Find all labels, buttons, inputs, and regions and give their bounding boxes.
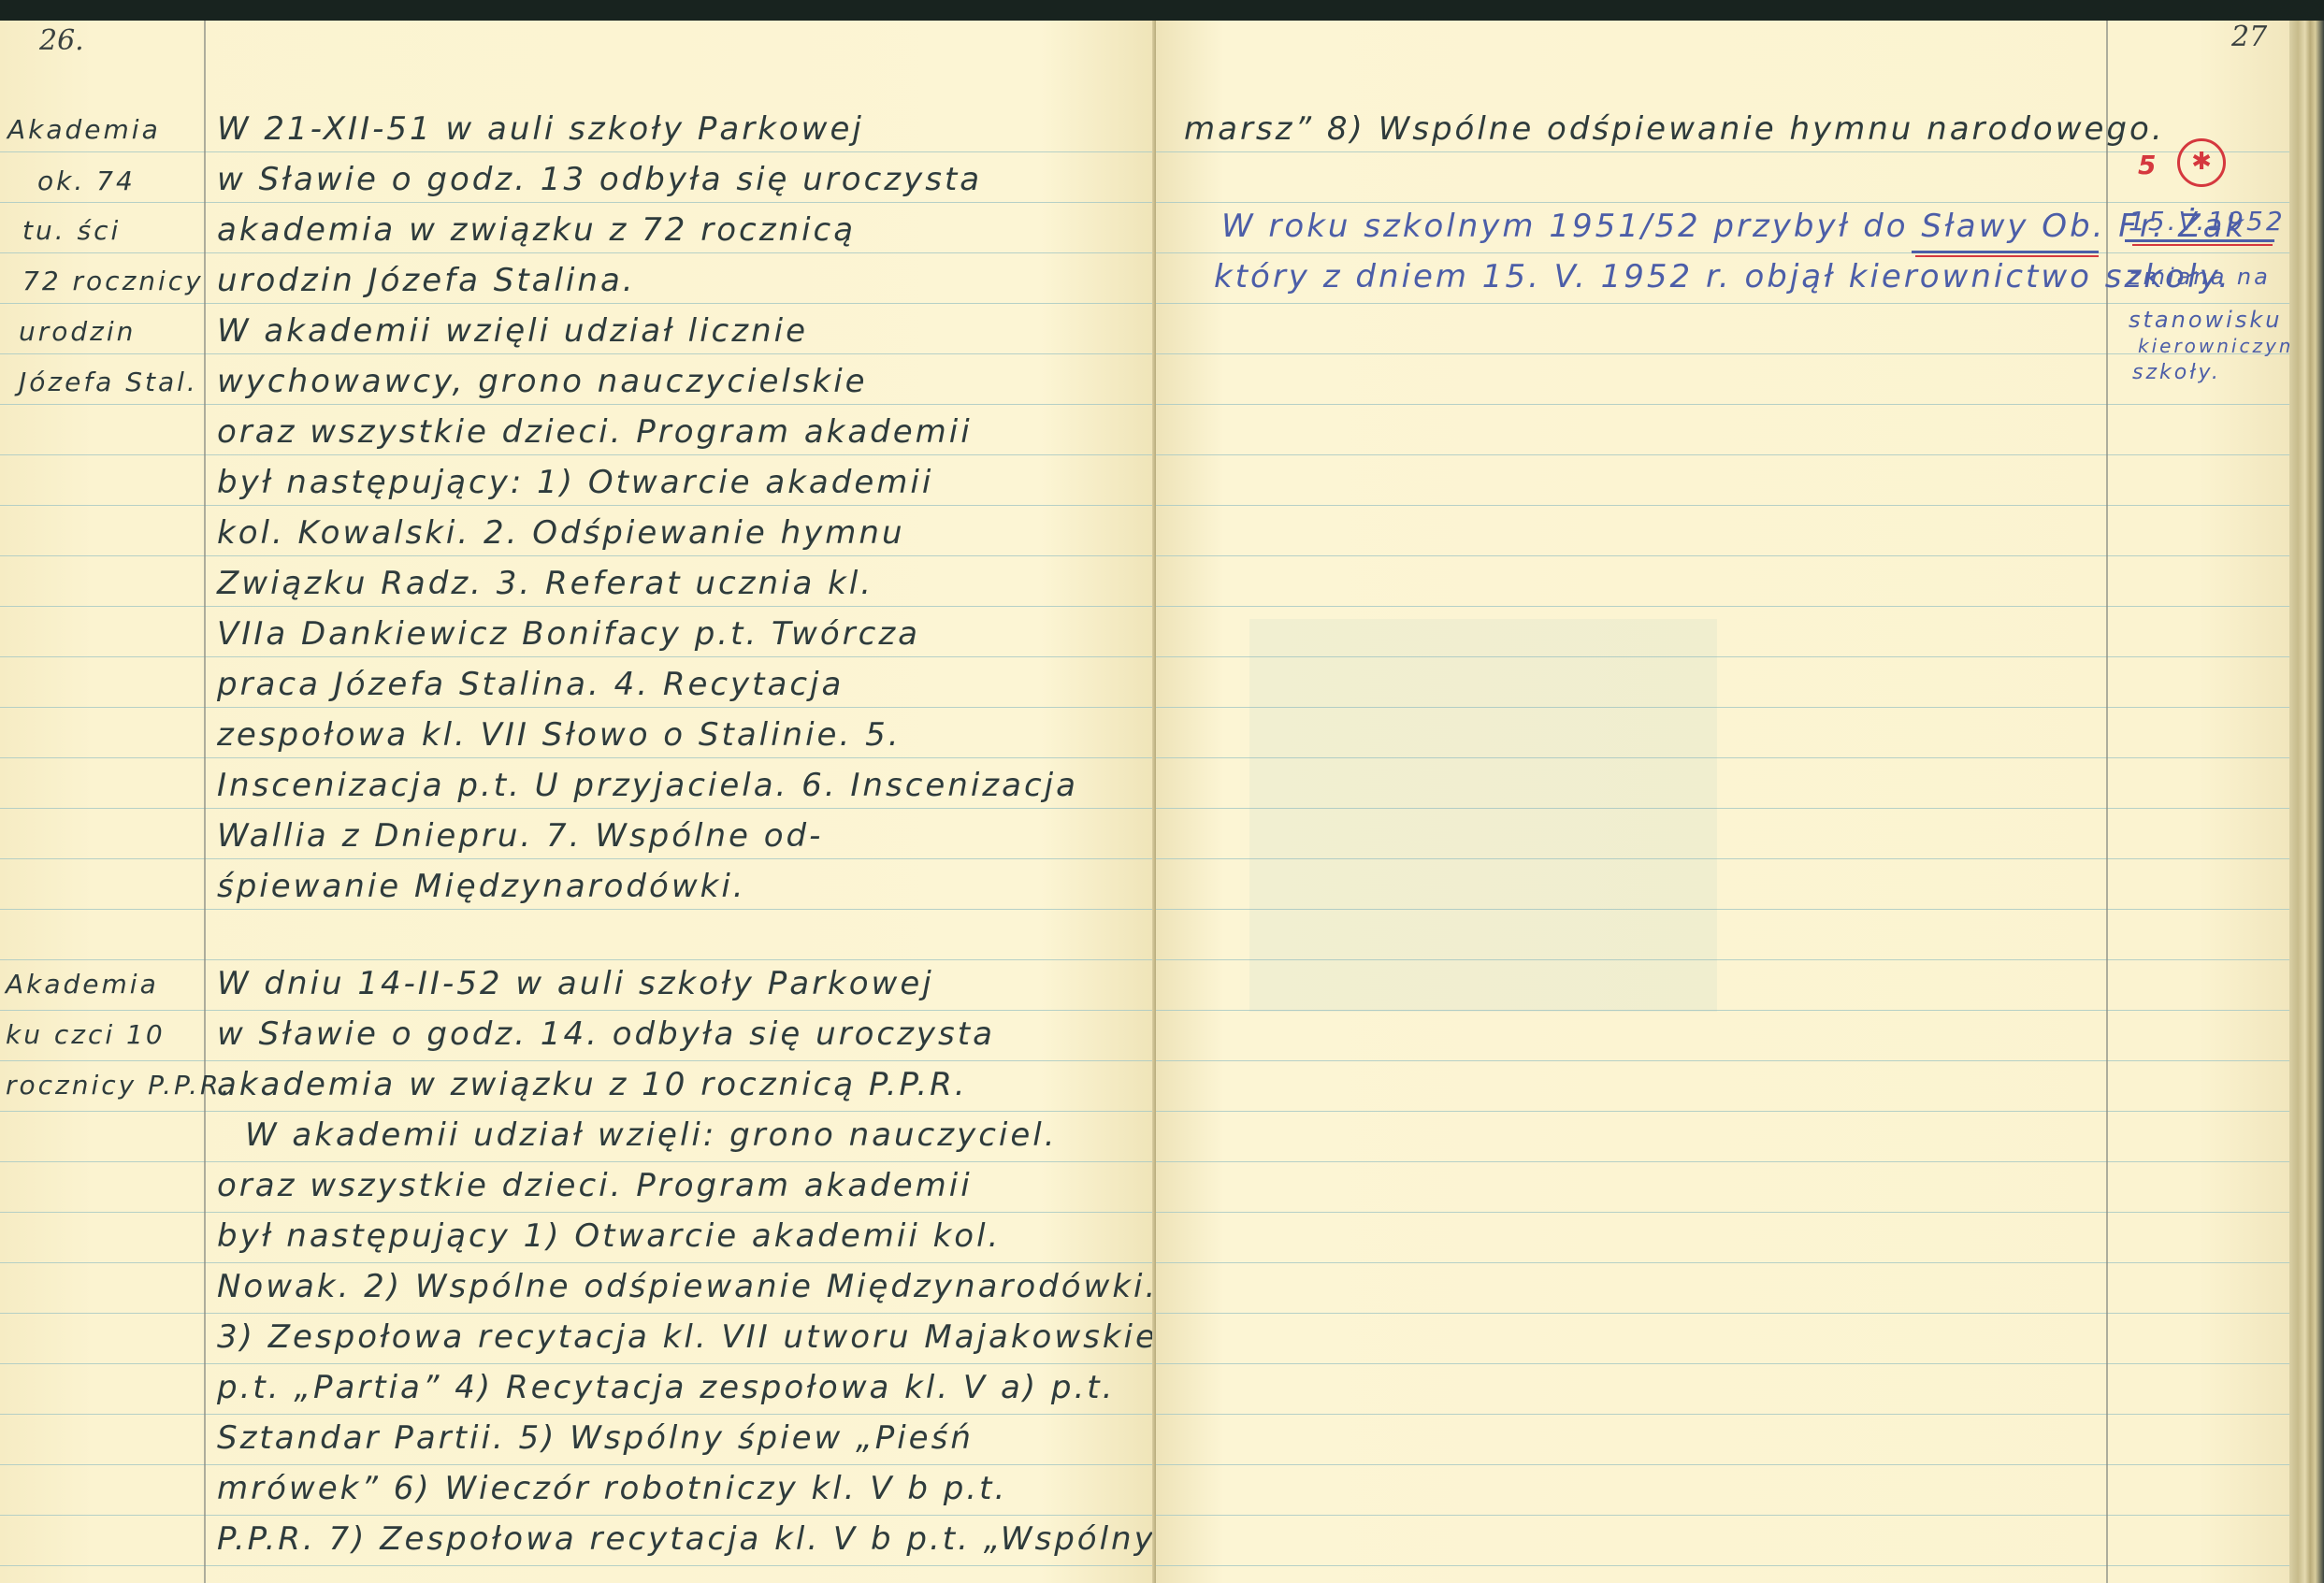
ruled-line bbox=[1156, 1464, 2289, 1465]
annotation-date: 15.V.1952 r. bbox=[2129, 206, 2289, 237]
ruled-line bbox=[0, 454, 1156, 455]
ruled-line bbox=[1156, 505, 2289, 506]
body-line: W 21-XII-51 w auli szkoły Parkowej bbox=[217, 110, 864, 148]
page-number: 26. bbox=[39, 24, 84, 57]
margin-line: ok. 74 bbox=[37, 165, 136, 196]
ruled-line bbox=[1156, 353, 2289, 354]
ruled-line bbox=[1156, 1313, 2289, 1314]
ruled-line bbox=[0, 1262, 1156, 1263]
ruled-line bbox=[0, 757, 1156, 758]
date-underline-blue bbox=[2125, 239, 2274, 242]
left-page: 26. Akademia ok. 74 tu. ści 72 rocznicy … bbox=[0, 21, 1156, 1583]
ruled-line bbox=[1156, 1060, 2289, 1061]
red-circle-stamp-icon: ✱ bbox=[2177, 138, 2226, 187]
ruled-line bbox=[0, 858, 1156, 859]
margin-line: ku czci 10 bbox=[6, 1019, 166, 1050]
body-line: oraz wszystkie dzieci. Program akademii bbox=[217, 413, 973, 451]
body-line: w Sławie o godz. 14. odbyła się uroczyst… bbox=[217, 1015, 995, 1053]
margin-line: Akademia bbox=[7, 114, 161, 145]
annotation-note-line: stanowisku bbox=[2129, 307, 2282, 333]
ruled-line bbox=[1156, 454, 2289, 455]
margin-line: rocznicy P.P.R. bbox=[6, 1070, 232, 1101]
ruled-line bbox=[0, 1212, 1156, 1213]
body-line: śpiewanie Międzynarodówki. bbox=[217, 868, 746, 905]
body-line: Inscenizacja p.t. U przyjaciela. 6. Insc… bbox=[217, 767, 1078, 804]
body-line: Nowak. 2) Wspólne odśpiewanie Międzynaro… bbox=[217, 1268, 1156, 1305]
margin-line: urodzin bbox=[19, 316, 136, 347]
ruled-line bbox=[0, 353, 1156, 354]
ruled-line bbox=[0, 505, 1156, 506]
body-line: Związku Radz. 3. Referat ucznia kl. bbox=[217, 565, 873, 602]
ruled-line bbox=[0, 555, 1156, 556]
ruled-line bbox=[0, 707, 1156, 708]
blue-entry-line: który z dniem 15. V. 1952 r. objął kiero… bbox=[1214, 258, 2231, 295]
body-line: P.P.R. 7) Zespołowa recytacja kl. V b p.… bbox=[217, 1520, 1156, 1558]
ruled-line bbox=[1156, 202, 2289, 203]
margin-rule bbox=[2106, 21, 2108, 1583]
body-line: Sztandar Partii. 5) Wspólny śpiew „Pieśń bbox=[217, 1419, 974, 1457]
page-stack-edge bbox=[2289, 21, 2324, 1583]
ruled-line bbox=[0, 808, 1156, 809]
ink-show-through bbox=[1249, 619, 1717, 1012]
margin-line: Akademia bbox=[6, 969, 159, 1000]
ruled-line bbox=[0, 1111, 1156, 1112]
body-line: mrówek” 6) Wieczór robotniczy kl. V b p.… bbox=[217, 1470, 1007, 1507]
ruled-line bbox=[0, 1515, 1156, 1516]
ruled-line bbox=[1156, 1111, 2289, 1112]
ruled-line bbox=[1156, 151, 2289, 152]
ruled-line bbox=[1156, 252, 2289, 253]
ruled-line bbox=[0, 606, 1156, 607]
blue-entry-line: W roku szkolnym 1951/52 przybył do Sławy… bbox=[1221, 208, 2246, 245]
body-line: akademia w związku z 72 rocznicą bbox=[217, 211, 856, 249]
ruled-line bbox=[1156, 1161, 2289, 1162]
ruled-line bbox=[1156, 555, 2289, 556]
ruled-line bbox=[0, 1313, 1156, 1314]
ruled-line bbox=[0, 1161, 1156, 1162]
ruled-line bbox=[1156, 303, 2289, 304]
ruled-line bbox=[0, 1060, 1156, 1061]
margin-line: tu. ści bbox=[22, 215, 121, 246]
ruled-line bbox=[1156, 1363, 2289, 1364]
body-line: VIIa Dankiewicz Bonifacy p.t. Twórcza bbox=[217, 615, 920, 653]
body-line: W akademii wzięli udział licznie bbox=[217, 312, 808, 350]
name-underline-blue bbox=[1912, 251, 2099, 253]
ruled-line bbox=[1156, 1262, 2289, 1263]
red-number: 5 bbox=[2138, 150, 2158, 180]
body-line: praca Józefa Stalina. 4. Recytacja bbox=[217, 666, 844, 703]
date-underline-red bbox=[2132, 244, 2273, 246]
body-line: Wallia z Dniepru. 7. Wspólne od- bbox=[217, 817, 823, 855]
body-line: oraz wszystkie dzieci. Program akademii bbox=[217, 1167, 973, 1204]
ruled-line bbox=[0, 656, 1156, 657]
continuation-line: marsz” 8) Wspólne odśpiewanie hymnu naro… bbox=[1184, 110, 2165, 148]
ruled-line bbox=[0, 1414, 1156, 1415]
ruled-line bbox=[1156, 404, 2289, 405]
blue-entry-text: W roku szkolnym 1951/52 przybył do Sławy… bbox=[1221, 208, 2246, 245]
body-line: wychowawcy, grono nauczycielskie bbox=[217, 363, 868, 400]
ruled-line bbox=[0, 1363, 1156, 1364]
ruled-line bbox=[0, 1010, 1156, 1011]
annotation-note-line: kierowniczym bbox=[2138, 335, 2289, 357]
ruled-line bbox=[0, 959, 1156, 960]
ruled-line bbox=[0, 404, 1156, 405]
ruled-line bbox=[1156, 1515, 2289, 1516]
margin-rule bbox=[204, 21, 206, 1583]
body-line: był następujący: 1) Otwarcie akademii bbox=[217, 464, 933, 501]
page-number: 27 bbox=[2231, 21, 2267, 53]
ruled-line bbox=[1156, 1414, 2289, 1415]
ruled-line bbox=[0, 909, 1156, 910]
body-line: w Sławie o godz. 13 odbyła się uroczysta bbox=[217, 161, 982, 198]
ruled-line bbox=[1156, 606, 2289, 607]
ruled-line bbox=[0, 252, 1156, 253]
body-line: akademia w związku z 10 rocznicą P.P.R. bbox=[217, 1066, 968, 1103]
annotation-note-line: zmiana na bbox=[2129, 264, 2271, 290]
ruled-line bbox=[0, 202, 1156, 203]
right-page: 27 marsz” 8) Wspólne odśpiewanie hymnu n… bbox=[1156, 21, 2289, 1583]
ruled-line bbox=[0, 303, 1156, 304]
body-line: W akademii udział wzięli: grono nauczyci… bbox=[245, 1116, 1058, 1154]
ruled-line bbox=[0, 1464, 1156, 1465]
ruled-line bbox=[0, 1565, 1156, 1566]
body-line: urodzin Józefa Stalina. bbox=[217, 262, 636, 299]
name-underline-red bbox=[1915, 255, 2099, 257]
body-line: 3) Zespołowa recytacja kl. VII utworu Ma… bbox=[217, 1318, 1156, 1356]
margin-line: 72 rocznicy bbox=[22, 266, 204, 296]
body-line: kol. Kowalski. 2. Odśpiewanie hymnu bbox=[217, 514, 905, 552]
annotation-note-line: szkoły. bbox=[2132, 361, 2221, 384]
ruled-line bbox=[1156, 1212, 2289, 1213]
body-line: był następujący 1) Otwarcie akademii kol… bbox=[217, 1217, 1001, 1255]
ruled-line bbox=[1156, 1565, 2289, 1566]
ruled-line bbox=[0, 151, 1156, 152]
body-line: zespołowa kl. VII Słowo o Stalinie. 5. bbox=[217, 716, 902, 754]
margin-line: Józefa Stal. bbox=[19, 367, 198, 397]
body-line: W dniu 14-II-52 w auli szkoły Parkowej bbox=[217, 965, 934, 1002]
body-line: p.t. „Partia” 4) Recytacja zespołowa kl.… bbox=[217, 1369, 1115, 1406]
